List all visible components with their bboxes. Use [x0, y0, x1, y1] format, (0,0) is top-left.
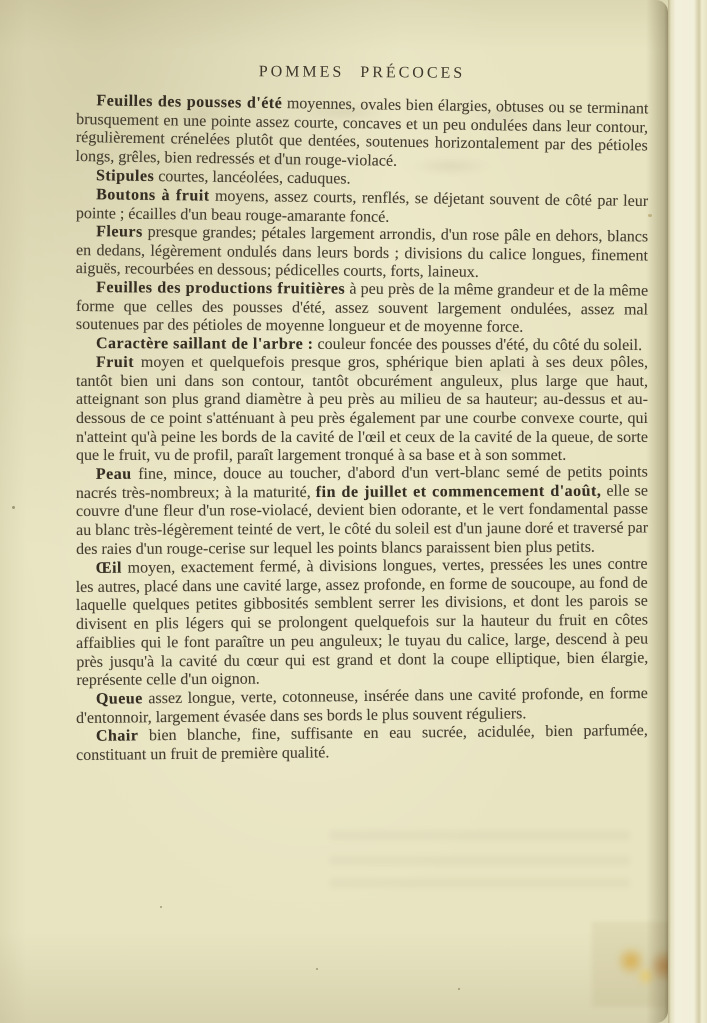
paragraph: Fruit moyen et quelquefois presque gros,…	[76, 354, 648, 466]
paragraph-text: courtes, lancéolées, caduques.	[154, 168, 351, 188]
paragraph: Œil moyen, exactement fermé, à divisions…	[75, 555, 648, 690]
paragraph-text: assez longue, verte, cotonneuse, insérée…	[76, 685, 648, 727]
scanned-book-page: POMMES PRÉCOCES Feuilles des pousses d'é…	[0, 0, 668, 1023]
paragraph: Chair bien blanche, fine, suffisante en …	[76, 722, 648, 765]
page-fold-shadow	[646, 0, 668, 1023]
paper-speck	[458, 988, 460, 990]
text-block: POMMES PRÉCOCES Feuilles des pousses d'é…	[76, 64, 648, 765]
bleedthrough-low-ghost	[330, 820, 630, 890]
paper-speck	[160, 906, 162, 908]
paragraph-lead: Queue	[96, 690, 143, 707]
next-page-edge	[668, 0, 707, 1023]
paragraph: Feuilles des productions fruitières à pe…	[76, 279, 648, 339]
paragraph: Peau fine, mince, douce au toucher, d'ab…	[76, 464, 648, 560]
paragraph-lead: Caractère saillant de l'arbre :	[96, 335, 314, 353]
paragraph-lead: Boutons à fruit	[96, 186, 210, 204]
paragraph: Fleurs presque grandes; pétales largemen…	[76, 223, 649, 285]
paragraph: Feuilles des pousses d'été moyennes, ova…	[75, 92, 648, 175]
paragraph-lead: Stipules	[96, 167, 154, 185]
text-body: Feuilles des pousses d'été moyennes, ova…	[76, 92, 648, 765]
paragraph-text: bien blanche, fine, suffisante en eau su…	[76, 722, 648, 764]
paragraph: Caractère saillant de l'arbre : couleur …	[76, 335, 648, 356]
paragraph-lead: fin de juillet et commencement d'août,	[316, 482, 602, 500]
paragraph-text: moyen, exactement fermé, à divisions lon…	[76, 555, 649, 689]
paragraph-lead: Chair	[96, 727, 139, 744]
paragraph-lead: Fleurs	[96, 223, 143, 240]
paragraph-lead: Feuilles des pousses d'été	[96, 92, 282, 112]
paragraph-lead: Fruit	[96, 354, 134, 371]
page-title: POMMES PRÉCOCES	[76, 62, 648, 84]
paper-speck	[316, 968, 318, 970]
paragraph-lead: Œil	[95, 559, 122, 576]
paper-speck	[12, 506, 15, 509]
paragraph-text: presque grandes; pétales largement arron…	[76, 224, 648, 282]
paragraph-lead: Peau	[96, 466, 132, 483]
paragraph: Queue assez longue, verte, cotonneuse, i…	[76, 685, 648, 728]
paragraph-lead: Feuilles des productions fruitières	[96, 279, 345, 298]
paragraph-text: moyen et quelquefois presque gros, sphér…	[76, 354, 648, 465]
paragraph-text: couleur foncée des pousses d'été, du côt…	[314, 336, 643, 354]
